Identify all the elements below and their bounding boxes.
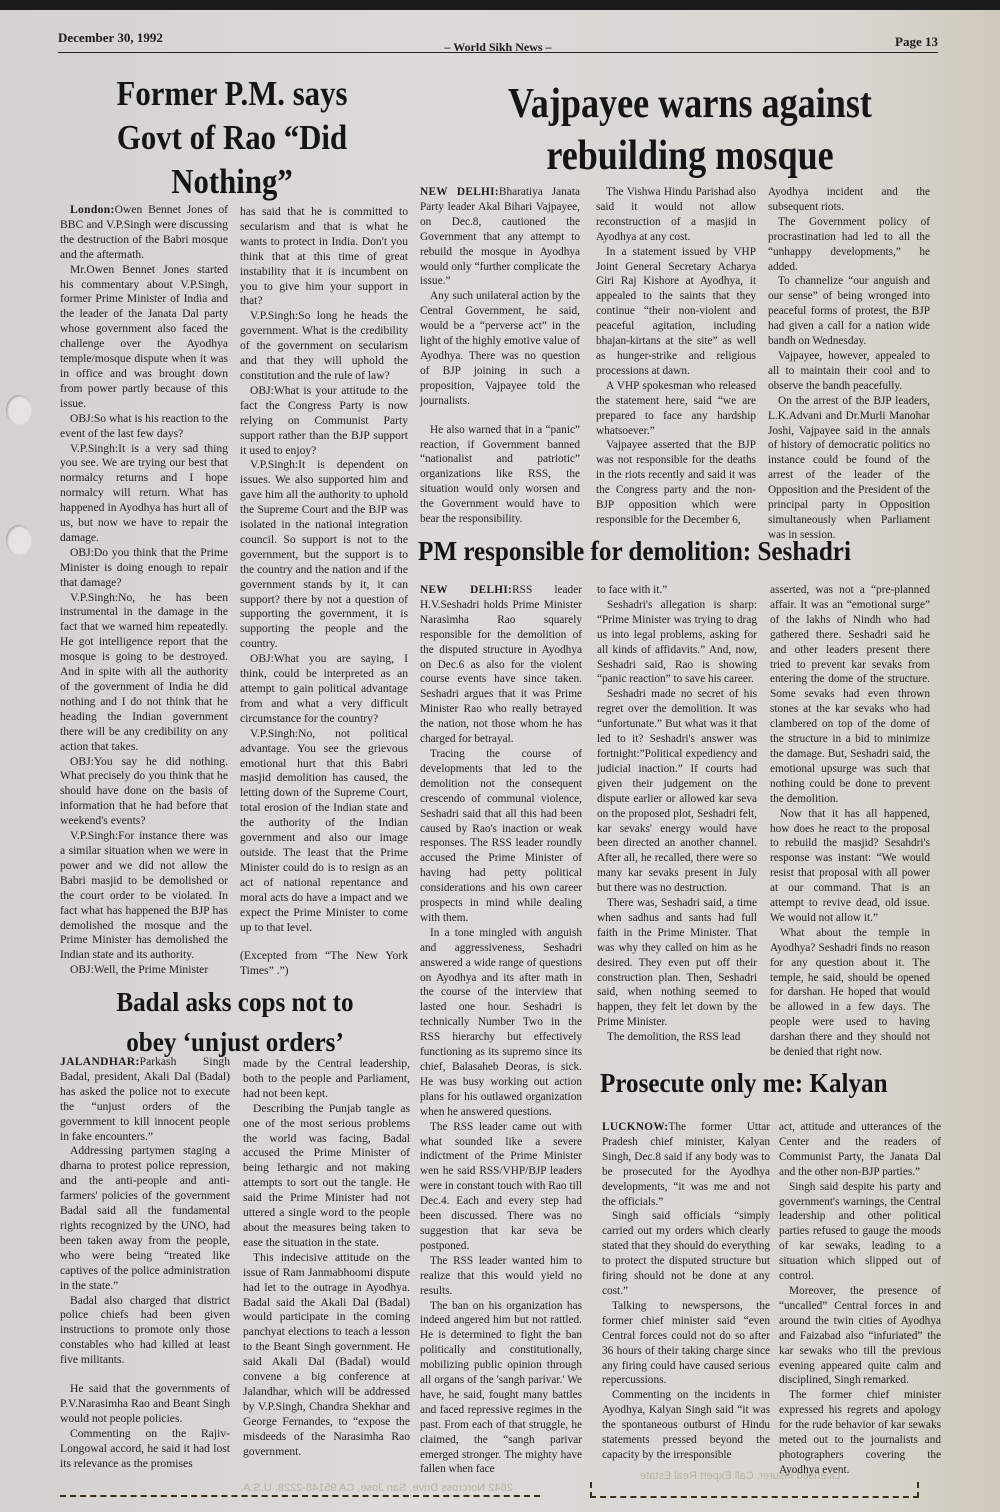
article-kalyan-col1: LUCKNOW:The former Uttar Pradesh chief m… [602, 1120, 770, 1463]
publication-name: – World Sikh News – [58, 40, 938, 55]
article-badal-col1: JALANDHAR:Parkash Singh Badal, president… [60, 1055, 230, 1471]
article-seshadri-col3: asserted, was not a “pre-planned affair.… [770, 583, 930, 1060]
article-seshadri-col2: to face with it.” Seshadri's allegation … [597, 583, 757, 1045]
punch-hole [6, 525, 32, 555]
headline-kalyan: Prosecute only me: Kalyan [600, 1066, 935, 1100]
newspaper-page: December 30, 1992 – World Sikh News – Pa… [0, 0, 1000, 1512]
headline-former-pm: Former P.M. says Govt of Rao “Did Nothin… [82, 72, 381, 204]
page-number: Page 13 [895, 34, 938, 50]
article-vajpayee-col2: The Vishwa Hindu Parishad also said it w… [596, 185, 756, 528]
headline-badal: Badal asks cops not to obey ‘unjust orde… [72, 982, 398, 1062]
article-badal-col2: made by the Central leadership, both to … [243, 1057, 410, 1459]
ad-border [60, 1495, 540, 1497]
headline-seshadri: PM responsible for demolition: Seshadri [418, 534, 920, 568]
scan-top-edge [0, 0, 1000, 10]
ad-border [590, 1482, 919, 1498]
article-seshadri-col1: NEW DELHI:RSS leader H.V.Seshadri holds … [420, 583, 582, 1477]
bleed-through-text: Licensed Insurer, Call Expert Real Estat… [640, 1470, 841, 1482]
article-former-pm-col2: has said that he is committed to secular… [240, 205, 408, 979]
bleed-through-text: 2642 Norcross Drive, San Jose, CA 95148-… [240, 1482, 513, 1494]
article-kalyan-col2: act, attitude and utterances of the Cent… [779, 1120, 941, 1478]
article-vajpayee-col3: Ayodhya incident and the subsequent riot… [768, 185, 930, 543]
article-former-pm-col1: London:Owen Bennet Jones of BBC and V.P.… [60, 203, 228, 978]
headline-vajpayee: Vajpayee warns against rebuilding mosque [458, 78, 922, 182]
running-header: December 30, 1992 – World Sikh News – Pa… [58, 30, 938, 53]
punch-hole [6, 395, 32, 425]
article-vajpayee-col1: NEW DELHI:Bharatiya Janata Party leader … [420, 185, 580, 527]
